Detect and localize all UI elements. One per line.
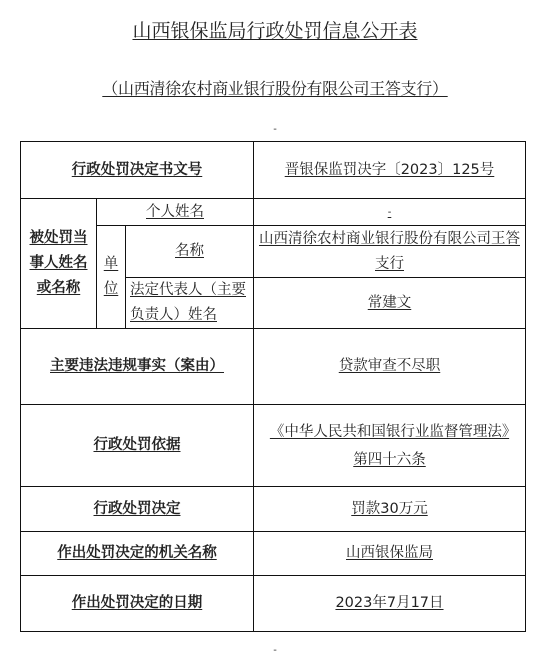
basis-label-cell: 行政处罚依据 xyxy=(21,405,254,487)
unit-name-label: 名称 xyxy=(175,243,204,259)
decision-value: 罚款30万元 xyxy=(351,501,427,517)
violation-value: 贷款审查不尽职 xyxy=(339,358,441,374)
individual-name-value: - xyxy=(388,207,392,218)
unit-name-value: 山西清徐农村商业银行股份有限公司王答支行 xyxy=(259,231,520,272)
legal-rep-label-cell: 法定代表人（主要负责人）姓名 xyxy=(126,278,254,329)
individual-name-label: 个人姓名 xyxy=(146,204,204,220)
individual-name-label-cell: 个人姓名 xyxy=(97,199,254,226)
date-value-cell: 2023年7月17日 xyxy=(254,576,526,632)
row-individual-name: 被处罚当事人姓名或名称 个人姓名 - xyxy=(21,199,526,226)
row-unit-name: 单位 名称 山西清徐农村商业银行股份有限公司王答支行 xyxy=(21,226,526,278)
unit-name-value-cell: 山西清徐农村商业银行股份有限公司王答支行 xyxy=(254,226,526,278)
violation-label: 主要违法违规事实（案由） xyxy=(50,358,224,374)
row-basis: 行政处罚依据 《中华人民共和国银行业监督管理法》第四十六条 xyxy=(21,405,526,487)
separator-dash-top: - xyxy=(0,125,550,135)
row-decision-number: 行政处罚决定书文号 晋银保监罚决字〔2023〕125号 xyxy=(21,142,526,199)
unit-name-label-cell: 名称 xyxy=(126,226,254,278)
authority-label: 作出处罚决定的机关名称 xyxy=(57,545,217,561)
date-value: 2023年7月17日 xyxy=(335,595,443,611)
party-label: 被处罚当事人姓名或名称 xyxy=(30,230,88,296)
violation-label-cell: 主要违法违规事实（案由） xyxy=(21,329,254,405)
decision-number-value-cell: 晋银保监罚决字〔2023〕125号 xyxy=(254,142,526,199)
basis-value: 《中华人民共和国银行业监督管理法》第四十六条 xyxy=(270,424,509,468)
individual-name-value-cell: - xyxy=(254,199,526,226)
page-subtitle: （山西清徐农村商业银行股份有限公司王答支行） xyxy=(0,77,550,101)
decision-number-value: 晋银保监罚决字〔2023〕125号 xyxy=(285,162,495,178)
basis-value-cell: 《中华人民共和国银行业监督管理法》第四十六条 xyxy=(254,405,526,487)
row-violation: 主要违法违规事实（案由） 贷款审查不尽职 xyxy=(21,329,526,405)
row-decision: 行政处罚决定 罚款30万元 xyxy=(21,487,526,532)
legal-rep-label: 法定代表人（主要负责人）姓名 xyxy=(130,282,246,323)
legal-rep-value: 常建文 xyxy=(368,295,412,311)
date-label: 作出处罚决定的日期 xyxy=(72,595,203,611)
legal-rep-value-cell: 常建文 xyxy=(254,278,526,329)
basis-label: 行政处罚依据 xyxy=(94,437,181,453)
violation-value-cell: 贷款审查不尽职 xyxy=(254,329,526,405)
decision-value-cell: 罚款30万元 xyxy=(254,487,526,532)
separator-dash-bottom: - xyxy=(0,646,550,656)
row-authority: 作出处罚决定的机关名称 山西银保监局 xyxy=(21,532,526,576)
page-title: 山西银保监局行政处罚信息公开表 xyxy=(0,17,550,45)
decision-number-label-cell: 行政处罚决定书文号 xyxy=(21,142,254,199)
authority-value-cell: 山西银保监局 xyxy=(254,532,526,576)
date-label-cell: 作出处罚决定的日期 xyxy=(21,576,254,632)
penalty-info-table: 行政处罚决定书文号 晋银保监罚决字〔2023〕125号 被处罚当事人姓名或名称 … xyxy=(20,141,526,632)
party-label-cell: 被处罚当事人姓名或名称 xyxy=(21,199,97,329)
unit-label-cell: 单位 xyxy=(97,226,126,329)
decision-number-label: 行政处罚决定书文号 xyxy=(72,162,203,178)
page-subtitle-text: （山西清徐农村商业银行股份有限公司王答支行） xyxy=(102,79,447,98)
authority-label-cell: 作出处罚决定的机关名称 xyxy=(21,532,254,576)
page-title-text: 山西银保监局行政处罚信息公开表 xyxy=(132,20,417,42)
decision-label-cell: 行政处罚决定 xyxy=(21,487,254,532)
row-date: 作出处罚决定的日期 2023年7月17日 xyxy=(21,576,526,632)
authority-value: 山西银保监局 xyxy=(346,545,433,561)
unit-label: 单位 xyxy=(103,252,119,302)
decision-label: 行政处罚决定 xyxy=(94,501,181,517)
